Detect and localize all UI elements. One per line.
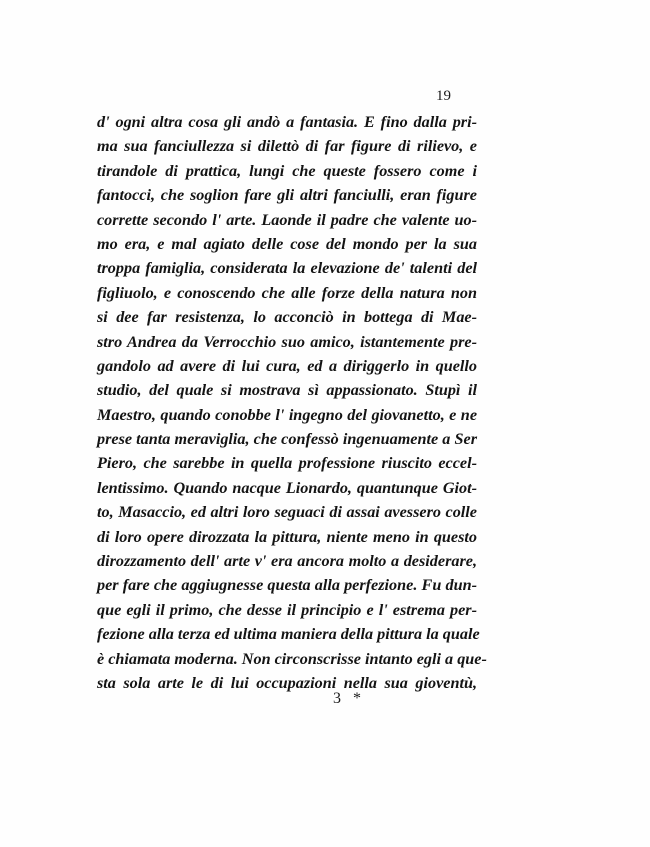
text-line: figliuolo, e conoscendo che alle forze d… <box>97 281 477 305</box>
text-line: dirozzamento dell' arte v' era ancora mo… <box>97 549 477 573</box>
text-line: per fare che aggiugnesse questa alla per… <box>97 573 477 597</box>
text-line: mo era, e mal agiato delle cose del mond… <box>97 232 477 256</box>
text-line: lentissimo. Quando nacque Lionardo, quan… <box>97 476 477 500</box>
text-line: ma sua fanciullezza si dilettò di far fi… <box>97 134 477 158</box>
text-line: stro Andrea da Verrocchio suo amico, ist… <box>97 330 477 354</box>
text-line: di loro opere dirozzata la pittura, nien… <box>97 525 477 549</box>
text-line: studio, del quale si mostrava sì appassi… <box>97 378 477 402</box>
text-line: si dee far resistenza, lo acconciò in bo… <box>97 305 477 329</box>
text-line: tirandole di prattica, lungi che queste … <box>97 159 477 183</box>
text-line: d' ogni altra cosa gli andò a fantasia. … <box>97 110 477 134</box>
text-line: Maestro, quando conobbe l' ingegno del g… <box>97 403 477 427</box>
text-line: fantocci, che soglion fare gli altri fan… <box>97 183 477 207</box>
text-line: è chiamata moderna. Non circonscrisse in… <box>97 647 477 671</box>
body-text: d' ogni altra cosa gli andò a fantasia. … <box>97 110 477 695</box>
signature-mark: 3 * <box>333 690 365 708</box>
book-page: 19 d' ogni altra cosa gli andò a fantasi… <box>0 0 650 847</box>
text-line: to, Masaccio, ed altri loro seguaci di a… <box>97 500 477 524</box>
page-number: 19 <box>436 88 451 105</box>
text-line: prese tanta meraviglia, che confessò ing… <box>97 427 477 451</box>
text-line: que egli il primo, che desse il principi… <box>97 598 477 622</box>
text-line: Piero, che sarebbe in quella professione… <box>97 451 477 475</box>
text-line: troppa famiglia, considerata la elevazio… <box>97 256 477 280</box>
text-line: fezione alla terza ed ultima maniera del… <box>97 622 477 646</box>
text-line: sta sola arte le di lui occupazioni nell… <box>97 671 477 695</box>
text-line: corrette secondo l' arte. Laonde il padr… <box>97 208 477 232</box>
text-line: gandolo ad avere di lui cura, ed a dirig… <box>97 354 477 378</box>
